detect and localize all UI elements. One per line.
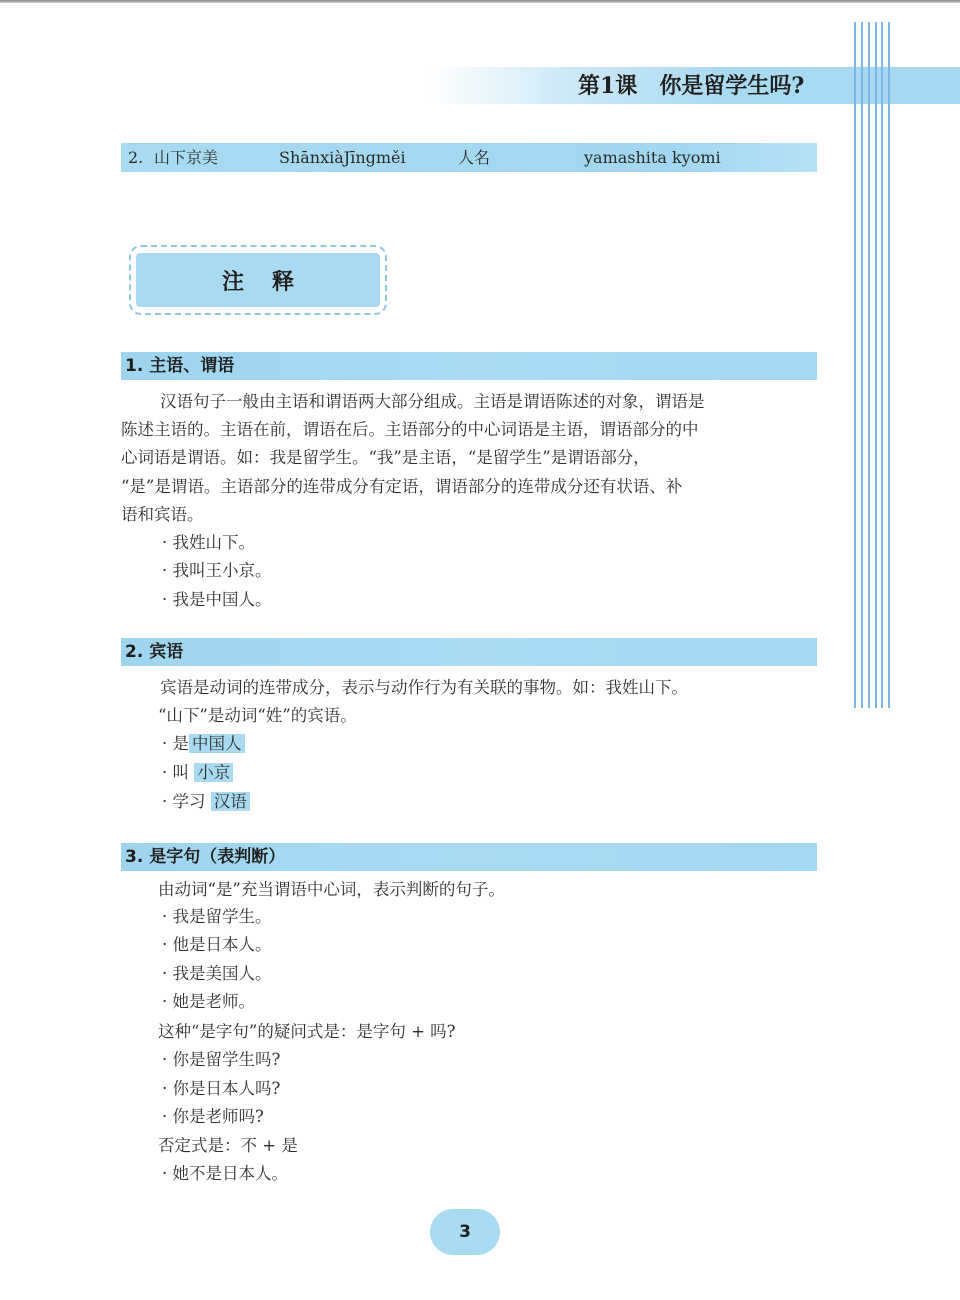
paragraph-line: “山下”是动词“姓”的宾语。 (158, 702, 357, 730)
example-phrase: · 叫 小京 (162, 759, 233, 787)
page-top-border (0, 0, 960, 3)
section-title: 1. 主语、谓语 (125, 352, 234, 380)
question-form-rule: 这种“是字句”的疑问式是：是字句 + 吗? (158, 1018, 456, 1046)
paragraph-line: 语和宾语。 (121, 501, 204, 529)
question-example: · 你是老师吗? (162, 1103, 264, 1131)
decorative-stripes (852, 22, 890, 708)
paragraph-line: “是”是谓语。主语部分的连带成分有定语，谓语部分的连带成分还有状语、补 (121, 473, 682, 501)
example-sentence: · 他是日本人。 (162, 931, 272, 959)
example-verb: · 叫 (162, 763, 189, 782)
example-sentence: · 我是中国人。 (162, 586, 272, 614)
example-phrase: · 是中国人 (162, 730, 245, 758)
example-verb: · 学习 (162, 792, 206, 811)
highlighted-object: 中国人 (189, 734, 245, 753)
example-sentence: · 我是美国人。 (162, 960, 272, 988)
vocab-category: 人名 (458, 143, 490, 172)
example-verb: · 是 (162, 734, 189, 753)
vocab-row: 2. 山下京美 ShānxiàJīngměi 人名 yamashita kyom… (121, 143, 817, 172)
paragraph-line: 由动词“是”充当谓语中心词，表示判断的句子。 (158, 876, 505, 904)
negative-form-rule: 否定式是：不 + 是 (158, 1132, 298, 1160)
example-sentence: · 我是留学生。 (162, 903, 272, 931)
vocab-pinyin: ShānxiàJīngměi (279, 143, 406, 172)
notes-heading-box: 注释 (129, 245, 387, 315)
page-number-badge: 3 (430, 1209, 500, 1255)
paragraph-line: 宾语是动词的连带成分，表示与动作行为有关联的事物。如：我姓山下。 (160, 674, 688, 702)
negative-example: · 她不是日本人。 (162, 1160, 288, 1188)
example-sentence: · 我叫王小京。 (162, 557, 272, 585)
section-bar-shi-sentence: 3. 是字句（表判断） (121, 843, 817, 871)
section-title: 3. 是字句（表判断） (125, 843, 285, 871)
question-example: · 你是留学生吗? (162, 1046, 280, 1074)
example-sentence: · 她是老师。 (162, 988, 255, 1016)
lesson-number: 第1课 (578, 73, 637, 99)
example-phrase: · 学习 汉语 (162, 788, 250, 816)
lesson-header: 第1课你是留学生吗? (578, 70, 804, 102)
vocab-word: 山下京美 (154, 143, 218, 172)
page-number: 3 (459, 1222, 471, 1242)
highlighted-object: 汉语 (211, 792, 250, 811)
paragraph-line: 陈述主语的。主语在前，谓语在后。主语部分的中心词语是主语，谓语部分的中 (121, 416, 699, 444)
section-bar-object: 2. 宾语 (121, 638, 817, 666)
example-sentence: · 我姓山下。 (162, 529, 255, 557)
paragraph-line: 心词语是谓语。如：我是留学生。“我”是主语，“是留学生”是谓语部分， (121, 444, 650, 472)
paragraph-line: 汉语句子一般由主语和谓语两大部分组成。主语是谓语陈述的对象，谓语是 (160, 388, 705, 416)
question-example: · 你是日本人吗? (162, 1075, 280, 1103)
vocab-romaji: yamashita kyomi (584, 143, 721, 172)
section-title: 2. 宾语 (125, 638, 183, 666)
highlighted-object: 小京 (194, 763, 233, 782)
notes-heading: 注释 (222, 265, 322, 296)
lesson-title: 你是留学生吗? (659, 73, 804, 99)
section-bar-subject-predicate: 1. 主语、谓语 (121, 352, 817, 380)
vocab-number: 2. (128, 143, 143, 172)
notes-heading-fill: 注释 (136, 253, 380, 307)
